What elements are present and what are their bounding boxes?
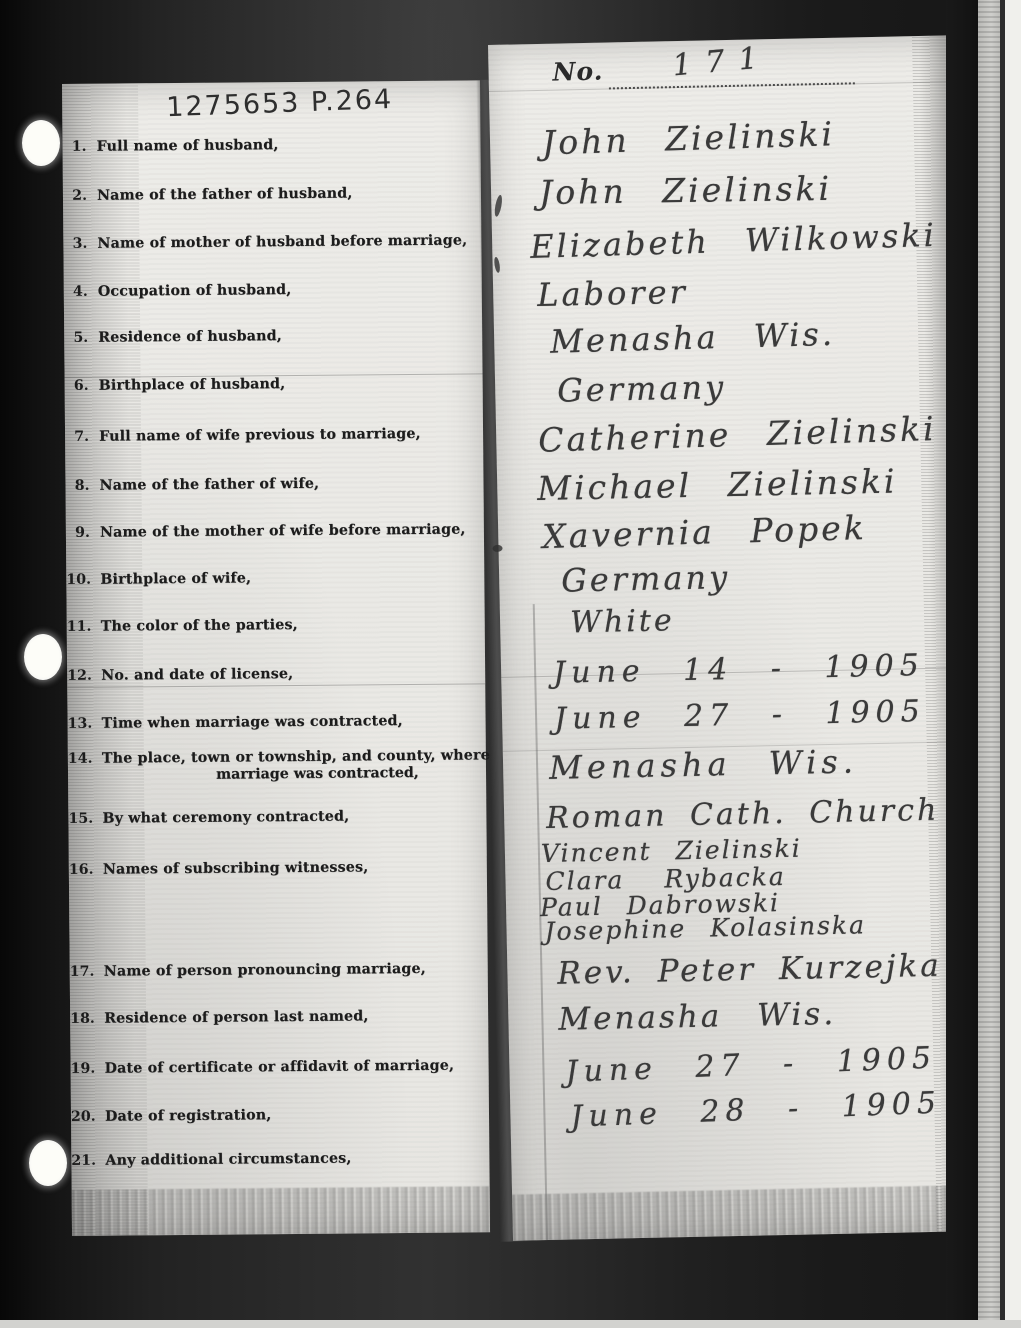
- form-page: 1275653 P.264 1.Full name of husband, 2.…: [62, 80, 490, 1236]
- question-label: Occupation of husband,: [98, 282, 292, 300]
- scanner-edge-band: [978, 0, 1000, 1328]
- form-question-18: 18.Residence of person last named,: [70, 1008, 369, 1027]
- film-reference-annotation: 1275653 P.264: [166, 84, 394, 123]
- form-question-15: 15.By what ceremony contracted,: [68, 809, 349, 827]
- form-question-8: 8.Name of the father of wife,: [65, 476, 319, 494]
- question-label: Time when marriage was contracted,: [102, 713, 403, 732]
- question-number: 14.: [68, 751, 92, 767]
- record-number: No. 171: [552, 57, 603, 87]
- record-number-label: No.: [552, 57, 603, 87]
- form-question-13: 13.Time when marriage was contracted,: [68, 713, 403, 732]
- question-label: Birthplace of wife,: [100, 570, 251, 587]
- question-number: 4.: [64, 284, 88, 300]
- question-number: 7.: [65, 429, 89, 445]
- form-question-21: 21.Any additional circumstances,: [71, 1151, 351, 1169]
- form-question-7: 7.Full name of wife previous to marriage…: [65, 426, 421, 445]
- form-question-2: 2.Name of the father of husband,: [63, 185, 353, 204]
- answer-color: White: [570, 603, 675, 640]
- question-label-line2: marriage was contracted,: [216, 765, 419, 783]
- question-number: 6.: [65, 378, 89, 394]
- form-question-10: 10.Birthplace of wife,: [66, 570, 251, 588]
- answer-officiant: Rev. Peter Kurzejka: [557, 948, 942, 992]
- punch-hole-middle: [24, 634, 62, 680]
- form-question-5: 5.Residence of husband,: [64, 328, 282, 346]
- answer-marriage-time: June 27 - 1905: [554, 694, 926, 737]
- answer-husband-name: John Zielinski: [541, 114, 835, 162]
- form-question-9: 9.Name of the mother of wife before marr…: [66, 521, 466, 540]
- answers-page: No. 171 John Zielinski John Zielinski El…: [488, 35, 979, 1240]
- question-number: 21.: [71, 1153, 95, 1169]
- question-number: 5.: [64, 330, 88, 346]
- question-number: 1.: [62, 139, 86, 155]
- form-question-20: 20.Date of registration,: [71, 1107, 272, 1125]
- question-label: The place, town or township, and county,…: [102, 747, 490, 766]
- question-number: 15.: [68, 811, 92, 827]
- form-question-16: 16.Names of subscribing witnesses,: [69, 859, 369, 878]
- question-label: Name of the father of husband,: [97, 185, 353, 203]
- question-number: 16.: [69, 862, 93, 878]
- answer-certificate-date: June 27 - 1905: [565, 1041, 938, 1090]
- question-label: By what ceremony contracted,: [102, 809, 349, 827]
- answer-husband-occupation: Laborer: [537, 273, 688, 314]
- question-label: Birthplace of husband,: [99, 376, 286, 394]
- scanned-marriage-record: 1275653 P.264 1.Full name of husband, 2.…: [0, 0, 1021, 1328]
- answer-wife-father: Michael Zielinski: [537, 462, 898, 509]
- scanner-edge-band: [946, 0, 978, 1328]
- punch-hole-bottom: [29, 1140, 67, 1186]
- answer-husband-birthplace: Germany: [557, 368, 727, 410]
- answer-license-date: June 14 - 1905: [553, 648, 925, 691]
- punch-hole-top: [22, 120, 60, 166]
- page-bottom-grain: [512, 1185, 979, 1241]
- question-label: Full name of wife previous to marriage,: [99, 426, 421, 445]
- page-bottom-grain: [72, 1186, 490, 1236]
- question-number: 9.: [66, 525, 90, 541]
- form-question-14: 14.The place, town or township, and coun…: [68, 747, 490, 767]
- form-question-3: 3.Name of mother of husband before marri…: [63, 232, 467, 252]
- answer-wife-mother: Xavernia Popek: [542, 508, 867, 556]
- question-label: Residence of husband,: [98, 328, 282, 346]
- answer-registration-date: June 28 - 1905: [570, 1085, 943, 1134]
- form-question-6: 6.Birthplace of husband,: [65, 376, 286, 394]
- question-label: Names of subscribing witnesses,: [103, 859, 369, 877]
- form-question-1: 1.Full name of husband,: [62, 137, 278, 155]
- scanner-bottom-edge: [0, 1320, 1021, 1328]
- ink-artifact: [493, 194, 503, 217]
- question-number: 17.: [70, 964, 94, 980]
- question-label: Name of the father of wife,: [99, 476, 319, 494]
- dotted-leader: [609, 81, 855, 89]
- question-number: 12.: [67, 668, 91, 684]
- question-number: 3.: [63, 236, 87, 252]
- question-number: 11.: [67, 619, 91, 635]
- question-label: Full name of husband,: [96, 137, 278, 155]
- question-label: Name of person pronouncing marriage,: [104, 961, 426, 980]
- witness-name: Josephine Kolasinska: [544, 910, 866, 946]
- question-number: 2.: [63, 188, 87, 204]
- answer-husband-mother: Elizabeth Wilkowski: [530, 216, 938, 266]
- answer-husband-residence: Menasha Wis.: [550, 315, 836, 361]
- ink-artifact: [493, 257, 500, 274]
- scanner-edge-band: [1005, 0, 1021, 1328]
- question-number: 18.: [70, 1011, 94, 1027]
- question-label: Date of registration,: [105, 1107, 272, 1124]
- answer-ceremony: Roman Cath. Church: [546, 793, 940, 836]
- answer-officiant-residence: Menasha Wis.: [558, 996, 836, 1038]
- answer-marriage-place: Menasha Wis.: [549, 742, 859, 786]
- form-question-11: 11.The color of the parties,: [67, 617, 298, 635]
- answer-wife-name: Catherine Zielinski: [538, 409, 937, 460]
- answer-husband-father: John Zielinski: [539, 169, 832, 212]
- question-label: Residence of person last named,: [104, 1008, 369, 1026]
- answer-wife-birthplace: Germany: [561, 558, 731, 600]
- question-label: Date of certificate or affidavit of marr…: [105, 1058, 455, 1077]
- question-number: 13.: [68, 716, 92, 732]
- question-label: The color of the parties,: [101, 617, 298, 635]
- form-question-17: 17.Name of person pronouncing marriage,: [70, 961, 426, 980]
- form-question-12: 12.No. and date of license,: [67, 666, 293, 684]
- record-number-value: 171: [671, 40, 773, 84]
- question-label: Any additional circumstances,: [105, 1151, 351, 1169]
- question-label: Name of the mother of wife before marria…: [100, 521, 466, 540]
- question-number: 8.: [65, 478, 89, 494]
- ink-artifact: [492, 545, 502, 552]
- question-label: Name of mother of husband before marriag…: [97, 232, 467, 251]
- question-number: 19.: [71, 1061, 95, 1077]
- question-number: 20.: [71, 1109, 95, 1125]
- question-label: No. and date of license,: [101, 666, 293, 684]
- question-number: 10.: [66, 572, 90, 588]
- form-question-19: 19.Date of certificate or affidavit of m…: [71, 1058, 455, 1077]
- form-question-4: 4.Occupation of husband,: [64, 282, 292, 300]
